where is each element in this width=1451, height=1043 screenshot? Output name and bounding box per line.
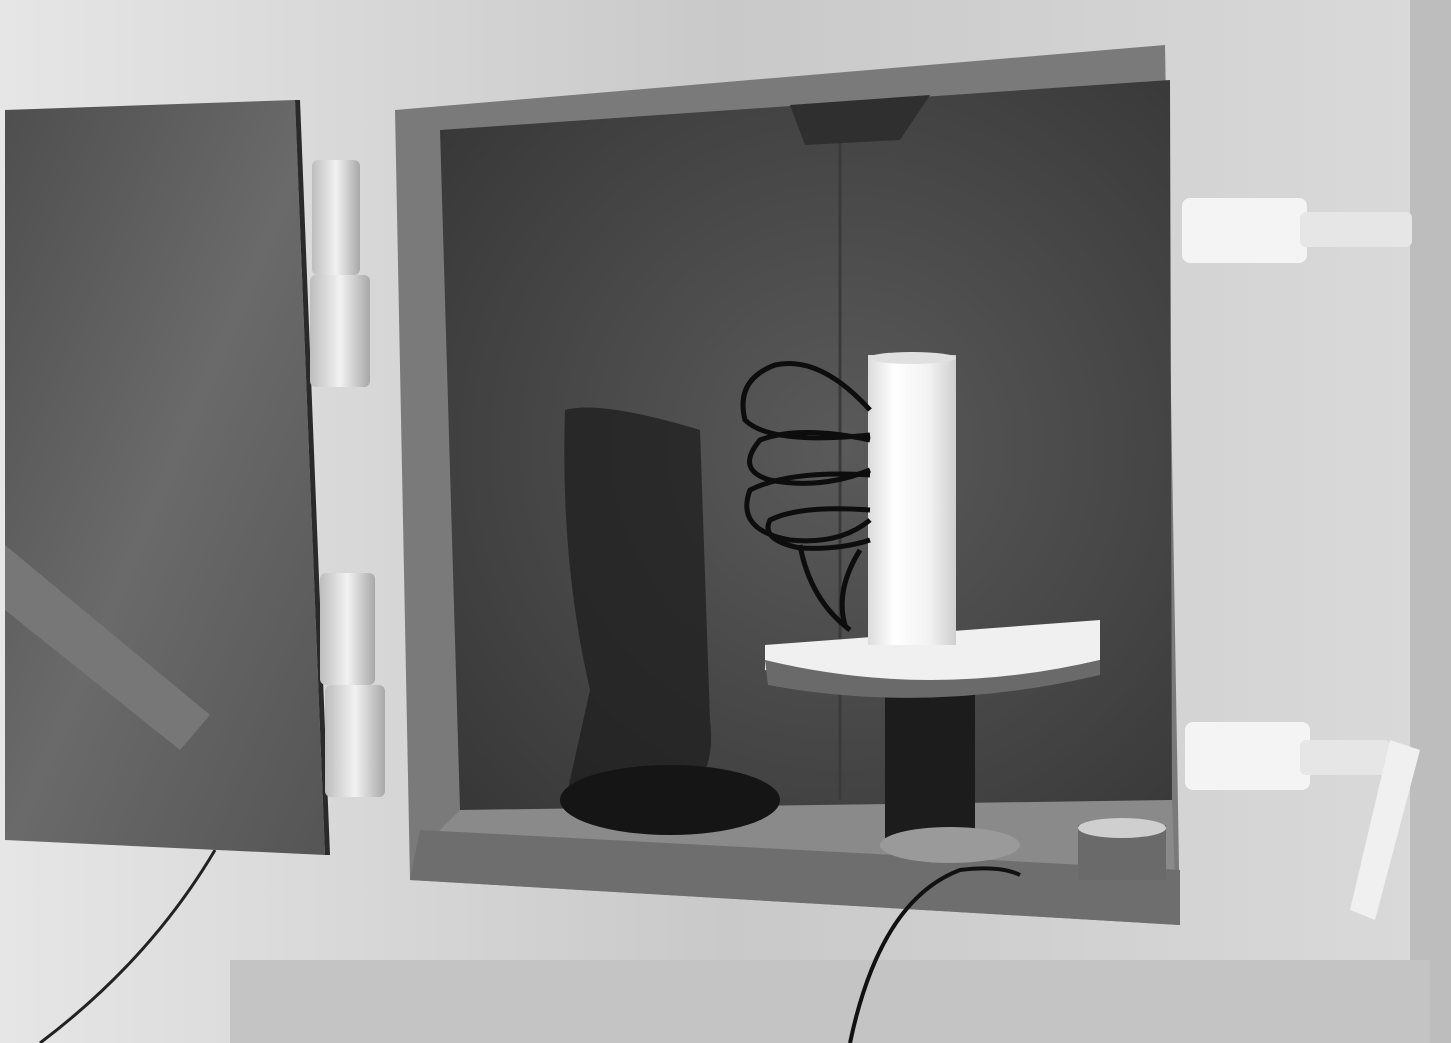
floor-shadow — [560, 765, 780, 835]
chamber-interior — [440, 80, 1172, 815]
right-edge-frame — [1410, 0, 1451, 1043]
furnace-photo — [0, 0, 1451, 1043]
open-door — [5, 100, 325, 855]
latch-upper-rod — [1300, 212, 1412, 247]
furnace-scene — [0, 0, 1451, 1043]
hinge-upper-top — [312, 160, 360, 275]
base-plinth — [230, 960, 1430, 1043]
hinge-lower-top — [320, 573, 375, 685]
pedestal-base — [880, 827, 1020, 863]
latch-lower-rod — [1300, 740, 1390, 775]
shadow — [564, 408, 711, 821]
pedestal — [885, 690, 975, 840]
cylindrical-specimen — [868, 355, 956, 645]
latch-upper — [1182, 198, 1307, 263]
hinge-upper-bottom — [310, 275, 370, 387]
hinge-lower-bottom — [325, 685, 385, 797]
crucible-rim — [1078, 818, 1166, 838]
specimen-top — [868, 352, 956, 364]
latch-lower — [1185, 722, 1310, 790]
